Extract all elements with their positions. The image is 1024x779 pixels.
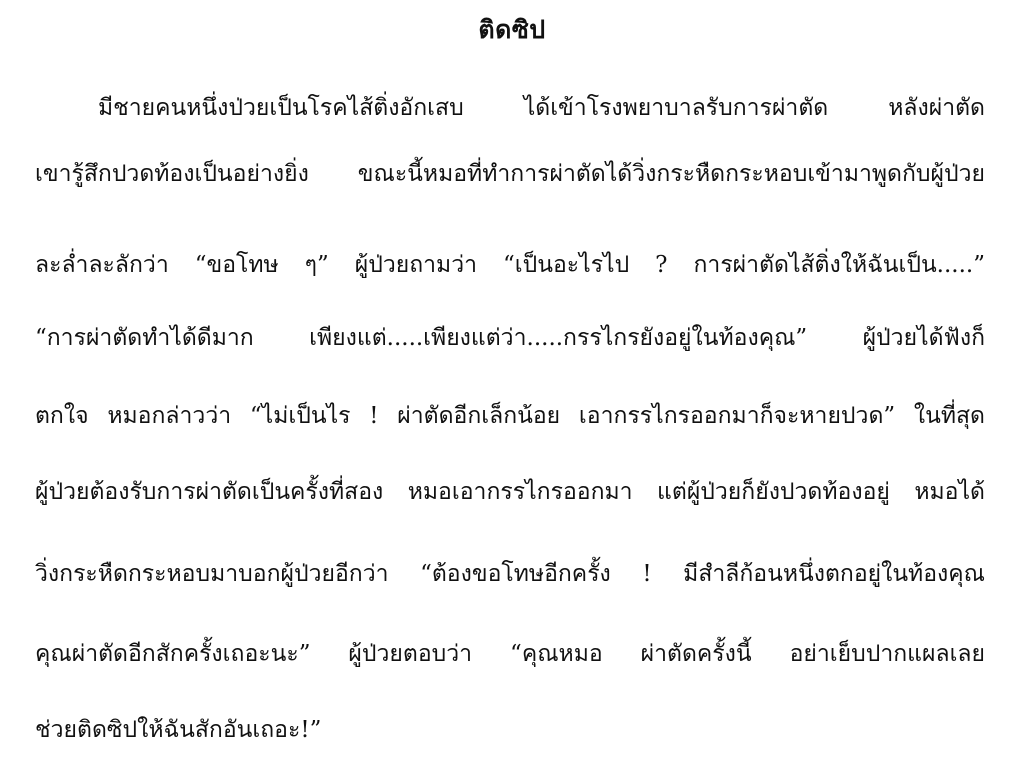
paragraph-line-9: ช่วยติดซิปให้ฉันสักอันเถอะ!” xyxy=(35,710,985,750)
document-page: ติดซิป มีชายคนหนึ่งป่วยเป็นโรคไส้ติ่งอัก… xyxy=(0,0,1024,779)
paragraph-line-7: วิ่งกระหืดกระหอบมาบอกผู้ป่วยอีกว่า “ต้อง… xyxy=(35,554,985,594)
paragraph-line-8: คุณผ่าตัดอีกสักครั้งเถอะนะ” ผู้ป่วยตอบว่… xyxy=(35,634,985,674)
paragraph-line-1: มีชายคนหนึ่งป่วยเป็นโรคไส้ติ่งอักเสบ ได้… xyxy=(98,88,985,128)
paragraph-line-6: ผู้ป่วยต้องรับการผ่าตัดเป็นครั้งที่สอง ห… xyxy=(35,472,985,512)
paragraph-line-3: ละล่ำละลักว่า “ขอโทษ ๆ” ผู้ป่วยถามว่า “เ… xyxy=(35,245,985,285)
paragraph-line-4: “การผ่าตัดทำได้ดีมาก เพียงแต่.....เพียงแ… xyxy=(35,318,985,358)
document-title: ติดซิป xyxy=(0,10,1024,50)
paragraph-line-2: เขารู้สึกปวดท้องเป็นอย่างยิ่ง ขณะนี้หมอท… xyxy=(35,154,985,194)
paragraph-line-5: ตกใจ หมอกล่าวว่า “ไม่เป็นไร ! ผ่าตัดอีกเ… xyxy=(35,396,985,436)
